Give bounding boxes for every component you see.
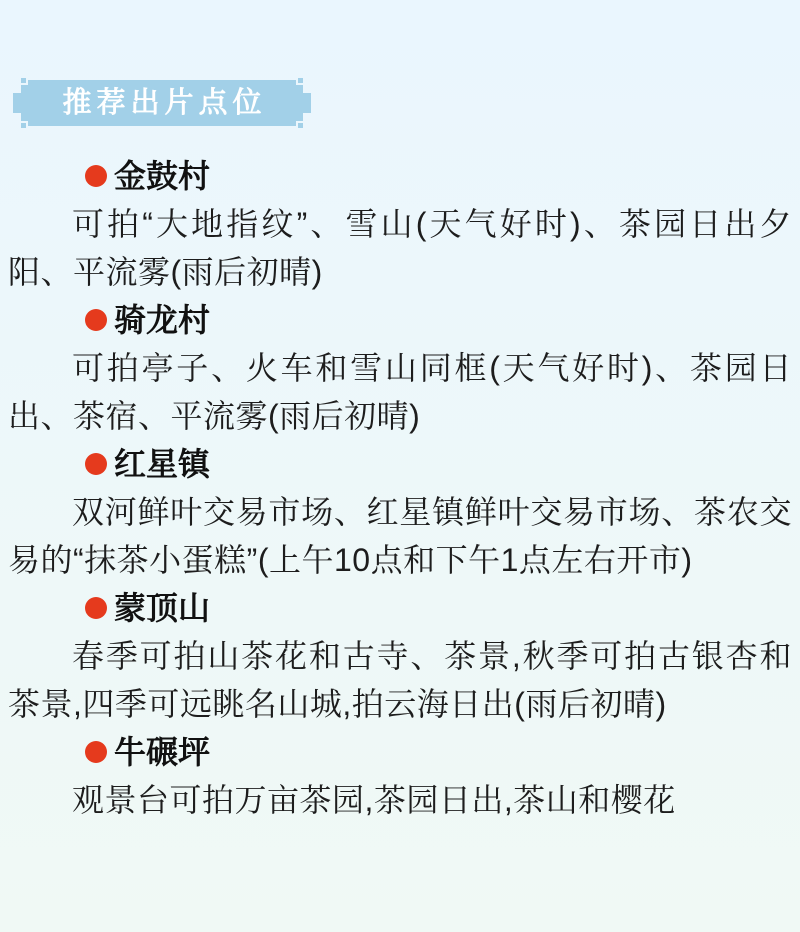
spot-heading: 蒙顶山 — [8, 584, 792, 632]
spot-name: 红星镇 — [114, 440, 210, 488]
spot-description: 可拍“大地指纹”、雪山(天气好时)、茶园日出夕阳、平流雾(雨后初晴) — [8, 200, 792, 296]
spot-name: 蒙顶山 — [114, 584, 210, 632]
spot-name: 骑龙村 — [114, 296, 210, 344]
section-title: 推荐出片点位 — [12, 78, 312, 128]
spot-description: 春季可拍山茶花和古寺、茶景,秋季可拍古银杏和茶景,四季可远眺名山城,拍云海日出(… — [8, 632, 792, 728]
spot-item: 金鼓村 可拍“大地指纹”、雪山(天气好时)、茶园日出夕阳、平流雾(雨后初晴) — [8, 152, 792, 296]
section-header-badge: 推荐出片点位 — [12, 78, 312, 128]
spot-item: 牛碾坪 观景台可拍万亩茶园,茶园日出,茶山和樱花 — [8, 728, 792, 824]
bullet-dot-icon — [85, 165, 107, 187]
bullet-dot-icon — [85, 309, 107, 331]
spot-description: 可拍亭子、火车和雪山同框(天气好时)、茶园日出、茶宿、平流雾(雨后初晴) — [8, 344, 792, 440]
spot-heading: 骑龙村 — [8, 296, 792, 344]
spot-description: 双河鲜叶交易市场、红星镇鲜叶交易市场、茶农交易的“抹茶小蛋糕”(上午10点和下午… — [8, 488, 792, 584]
spot-heading: 金鼓村 — [8, 152, 792, 200]
bullet-dot-icon — [85, 741, 107, 763]
spot-list: 金鼓村 可拍“大地指纹”、雪山(天气好时)、茶园日出夕阳、平流雾(雨后初晴) 骑… — [0, 152, 800, 824]
spot-description: 观景台可拍万亩茶园,茶园日出,茶山和樱花 — [8, 776, 792, 824]
spot-item: 蒙顶山 春季可拍山茶花和古寺、茶景,秋季可拍古银杏和茶景,四季可远眺名山城,拍云… — [8, 584, 792, 728]
poster-page: 推荐出片点位 金鼓村 可拍“大地指纹”、雪山(天气好时)、茶园日出夕阳、平流雾(… — [0, 0, 800, 932]
spot-heading: 红星镇 — [8, 440, 792, 488]
spot-item: 红星镇 双河鲜叶交易市场、红星镇鲜叶交易市场、茶农交易的“抹茶小蛋糕”(上午10… — [8, 440, 792, 584]
bullet-dot-icon — [85, 597, 107, 619]
spot-item: 骑龙村 可拍亭子、火车和雪山同框(天气好时)、茶园日出、茶宿、平流雾(雨后初晴) — [8, 296, 792, 440]
spot-name: 牛碾坪 — [114, 728, 210, 776]
bullet-dot-icon — [85, 453, 107, 475]
spot-name: 金鼓村 — [114, 152, 210, 200]
spot-heading: 牛碾坪 — [8, 728, 792, 776]
